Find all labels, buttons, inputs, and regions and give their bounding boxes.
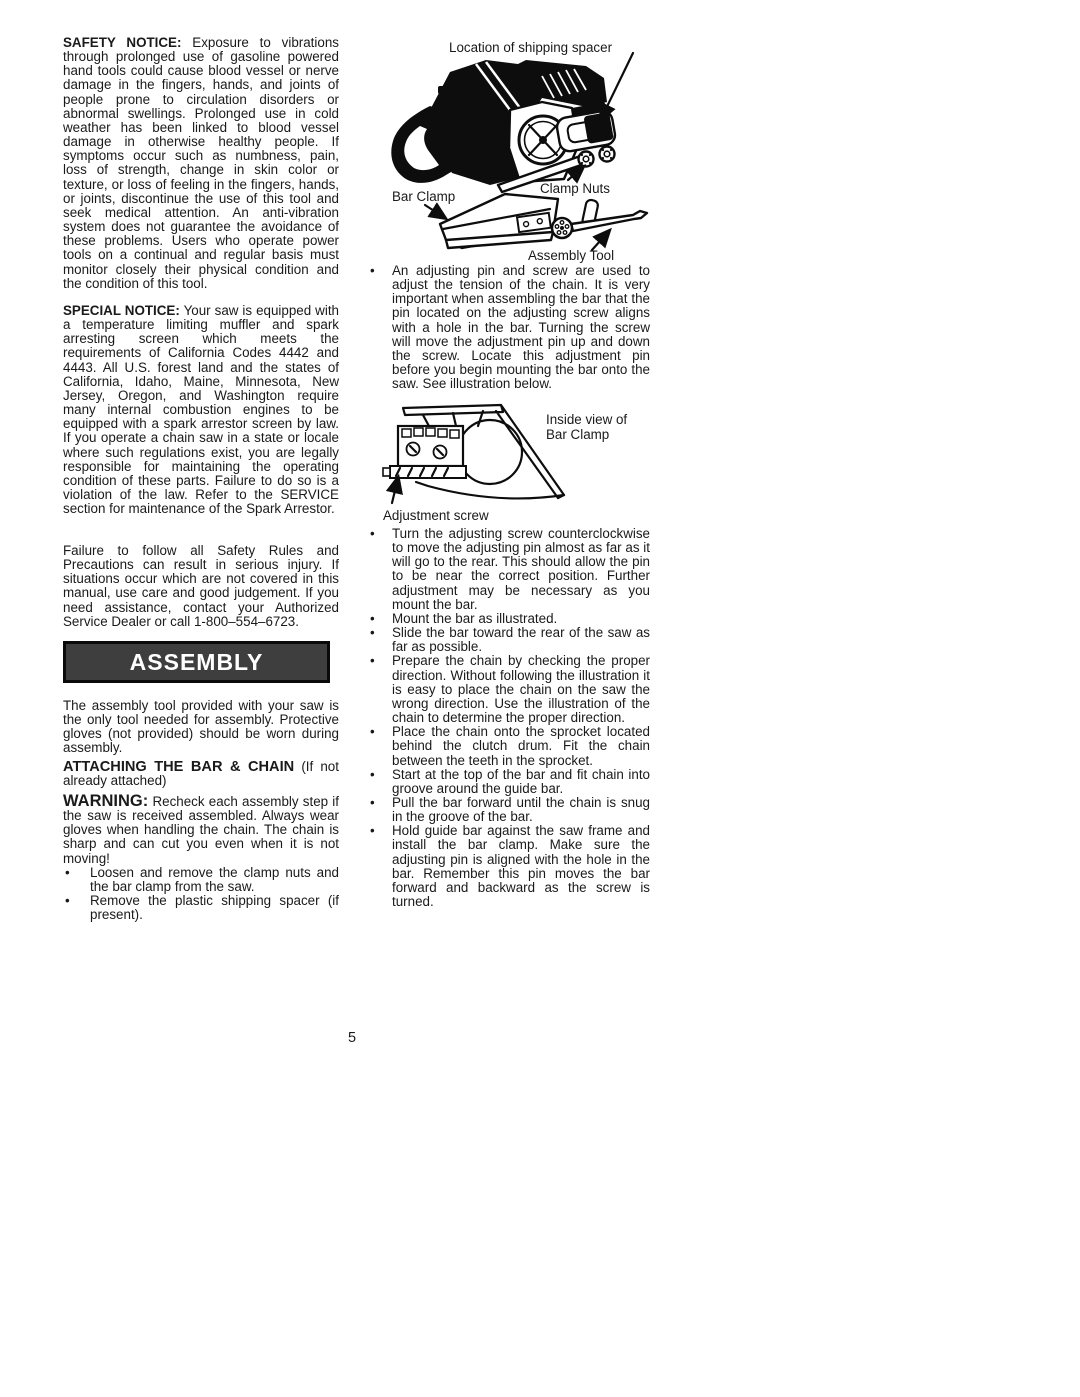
warning-paragraph: WARNING: Recheck each assembly step if t… (63, 794, 339, 866)
chainsaw-parts-illustration (390, 52, 662, 262)
attaching-heading: ATTACHING THE BAR & CHAIN (If not alread… (63, 760, 339, 788)
manual-page: SAFETY NOTICE: Exposure to vibrations th… (0, 0, 1080, 1397)
assembly-tool-label: Assembly Tool (528, 248, 614, 263)
list-item: Start at the top of the bar and fit chai… (368, 768, 650, 796)
list-item: Turn the adjusting screw counterclockwis… (368, 527, 650, 612)
list-item: An adjusting pin and screw are used to a… (368, 264, 650, 391)
failure-paragraph: Failure to follow all Safety Rules and P… (63, 544, 339, 629)
arrow-to-bar-clamp (425, 205, 445, 218)
list-item: Mount the bar as illustrated. (368, 612, 650, 626)
inside-view-label-line1: Inside view of (546, 412, 627, 427)
list-item: Slide the bar toward the rear of the saw… (368, 626, 650, 654)
adjuster-mechanism-icon (383, 426, 466, 478)
safety-notice-text: Exposure to vibrations through prolonged… (63, 35, 339, 291)
list-item: Hold guide bar against the saw frame and… (368, 824, 650, 909)
adjusting-pin-bullet: An adjusting pin and screw are used to a… (368, 264, 650, 391)
assembly-intro-paragraph: The assembly tool provided with your saw… (63, 699, 339, 756)
arrow-to-adjustment-screw (392, 478, 398, 503)
list-item: Loosen and remove the clamp nuts and the… (63, 866, 339, 894)
arrow-to-shipping-spacer (601, 53, 633, 119)
page-number: 5 (300, 1030, 404, 1046)
list-item: Remove the plastic shipping spacer (if p… (63, 894, 339, 922)
special-notice-text: Your saw is equipped with a temperature … (63, 303, 339, 516)
chainsaw-body-icon (391, 60, 616, 192)
inside-view-label-line2: Bar Clamp (546, 427, 627, 442)
adjustment-screw-icon (383, 466, 466, 478)
safety-notice-label: SAFETY NOTICE: (63, 35, 181, 50)
list-item: Pull the bar forward until the chain is … (368, 796, 650, 824)
assembly-tool-icon (552, 199, 647, 238)
special-notice-label: SPECIAL NOTICE: (63, 303, 180, 318)
safety-notice-paragraph: SAFETY NOTICE: Exposure to vibrations th… (63, 36, 339, 291)
special-notice-paragraph: SPECIAL NOTICE: Your saw is equipped wit… (63, 304, 339, 516)
list-item: Prepare the chain by checking the proper… (368, 654, 650, 725)
inside-view-label: Inside view of Bar Clamp (546, 412, 627, 442)
bar-clamp-icon (440, 194, 558, 248)
adjustment-screw-label: Adjustment screw (383, 508, 489, 523)
clamp-nuts-label: Clamp Nuts (540, 181, 610, 196)
right-bullet-list: Turn the adjusting screw counterclockwis… (368, 527, 650, 909)
assembly-section-banner: ASSEMBLY (63, 641, 330, 683)
left-bullet-list: Loosen and remove the clamp nuts and the… (63, 866, 339, 923)
list-item: Place the chain onto the sprocket locate… (368, 725, 650, 767)
bar-clamp-label: Bar Clamp (392, 189, 455, 204)
